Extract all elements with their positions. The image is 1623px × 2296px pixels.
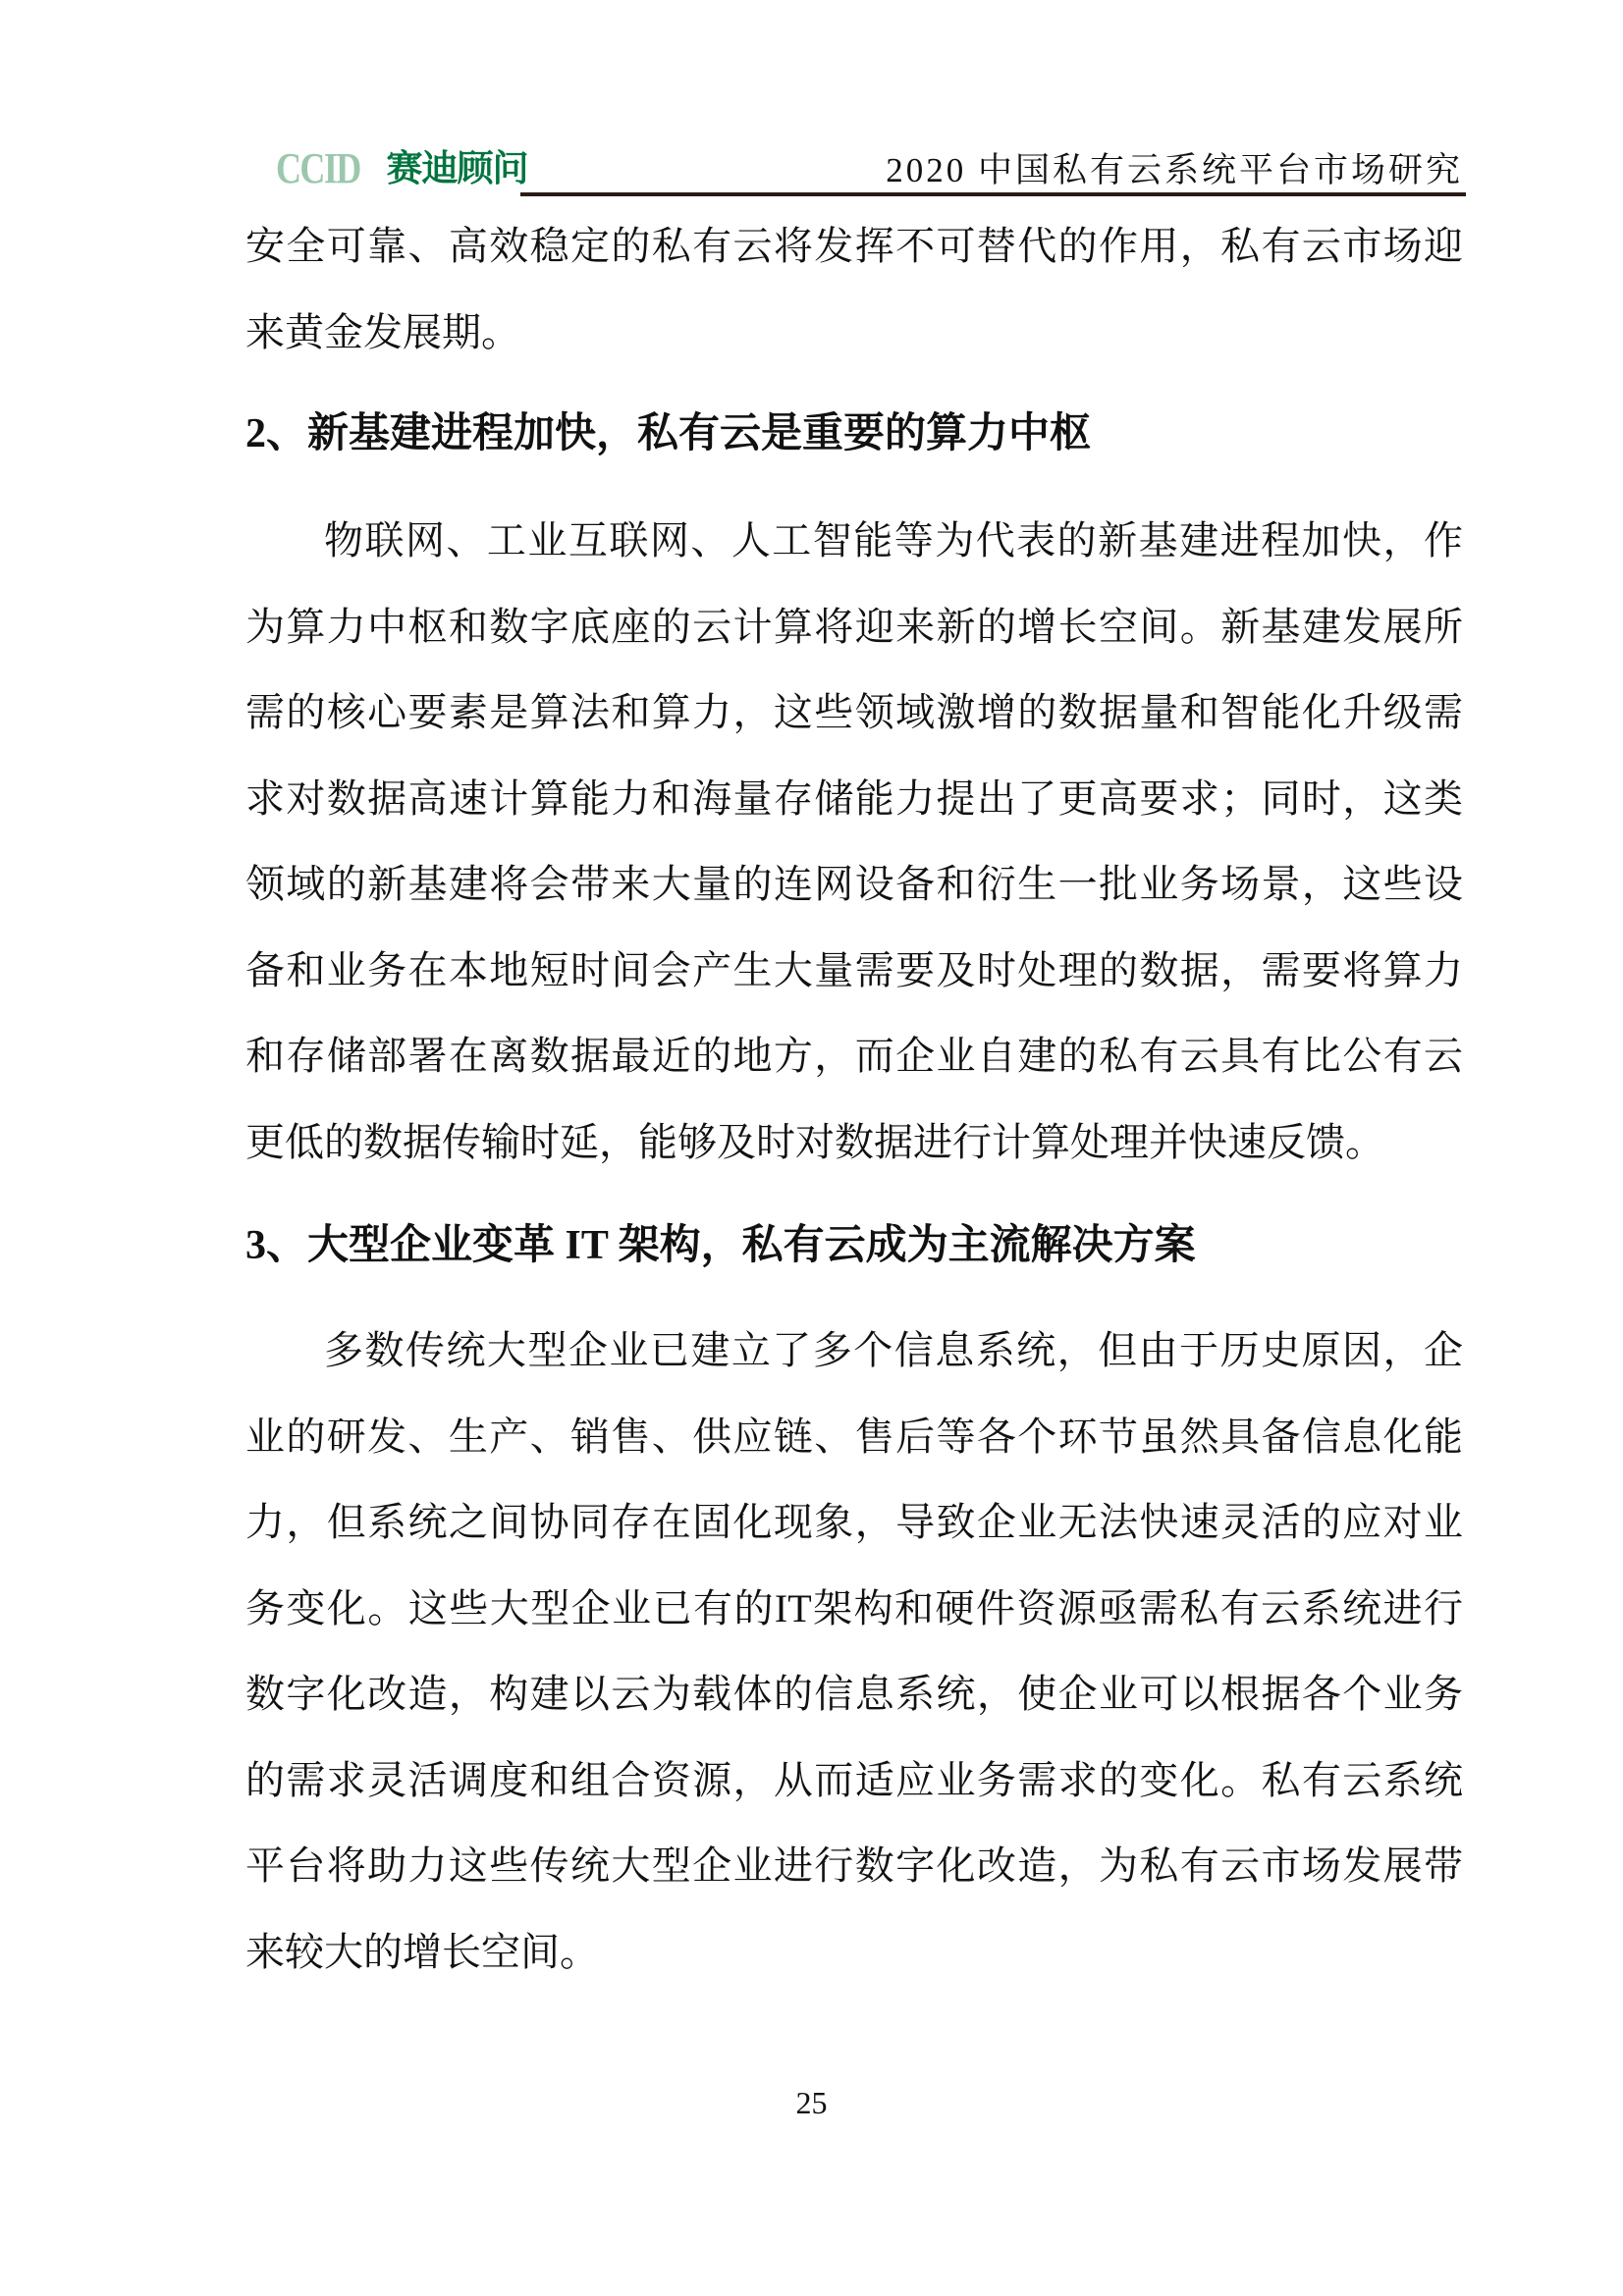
- text-line: 业的研发、生产、销售、供应链、售后等各个环节虽然具备信息化能: [245, 1394, 1463, 1480]
- ccid-logo: CCID赛迪顾问: [276, 145, 527, 192]
- text-line: 数字化改造，构建以云为载体的信息系统，使企业可以根据各个业务: [245, 1651, 1463, 1737]
- text-line: 来黄金发展期。: [245, 290, 1463, 376]
- text-line: 来较大的增长空间。: [245, 1909, 1463, 1996]
- text-line: 的需求灵活调度和组合资源，从而适应业务需求的变化。私有云系统: [245, 1737, 1463, 1824]
- ccid-logo-acronym: CCID: [276, 145, 360, 192]
- paragraph-large-enterprise: 多数传统大型企业已建立了多个信息系统，但由于历史原因，企 业的研发、生产、销售、…: [245, 1308, 1463, 1995]
- text-line: 更低的数据传输时延，能够及时对数据进行计算处理并快速反馈。: [245, 1099, 1463, 1186]
- page-number: 25: [0, 2081, 1623, 2124]
- text-line: 求对数据高速计算能力和海量存储能力提出了更高要求；同时，这类: [245, 756, 1463, 842]
- ccid-logo-wordmark: 赛迪顾问: [386, 148, 527, 188]
- text-line: 多数传统大型企业已建立了多个信息系统，但由于历史原因，企: [245, 1308, 1463, 1394]
- header-rule: [520, 192, 1466, 196]
- document-page: CCID赛迪顾问 2020 中国私有云系统平台市场研究 安全可靠、高效稳定的私有…: [0, 0, 1623, 2296]
- section-heading-3: 3、大型企业变革 IT 架构，私有云成为主流解决方案: [245, 1202, 1463, 1289]
- text-line: 备和业务在本地短时间会产生大量需要及时处理的数据，需要将算力: [245, 928, 1463, 1014]
- text-line: 和存储部署在离数据最近的地方，而企业自建的私有云具有比公有云: [245, 1013, 1463, 1099]
- text-line: 领域的新基建将会带来大量的连网设备和衍生一批业务场景，这些设: [245, 841, 1463, 928]
- text-line: 需的核心要素是算法和算力，这些领域激增的数据量和智能化升级需: [245, 669, 1463, 756]
- text-line: 物联网、工业互联网、人工智能等为代表的新基建进程加快，作: [245, 498, 1463, 584]
- text-line: 为算力中枢和数字底座的云计算将迎来新的增长空间。新基建发展所: [245, 584, 1463, 670]
- paragraph-new-infrastructure: 物联网、工业互联网、人工智能等为代表的新基建进程加快，作 为算力中枢和数字底座的…: [245, 498, 1463, 1185]
- text-line: 务变化。这些大型企业已有的IT架构和硬件资源亟需私有云系统进行: [245, 1566, 1463, 1652]
- text-line: 平台将助力这些传统大型企业进行数字化改造，为私有云市场发展带: [245, 1823, 1463, 1909]
- text-line: 力，但系统之间协同存在固化现象，导致企业无法快速灵活的应对业: [245, 1479, 1463, 1566]
- text-line: 安全可靠、高效稳定的私有云将发挥不可替代的作用，私有云市场迎: [245, 203, 1463, 290]
- paragraph-continuation: 安全可靠、高效稳定的私有云将发挥不可替代的作用，私有云市场迎 来黄金发展期。: [245, 203, 1463, 375]
- section-heading-2: 2、新基建进程加快，私有云是重要的算力中枢: [245, 391, 1463, 477]
- header-title: 2020 中国私有云系统平台市场研究: [520, 149, 1463, 192]
